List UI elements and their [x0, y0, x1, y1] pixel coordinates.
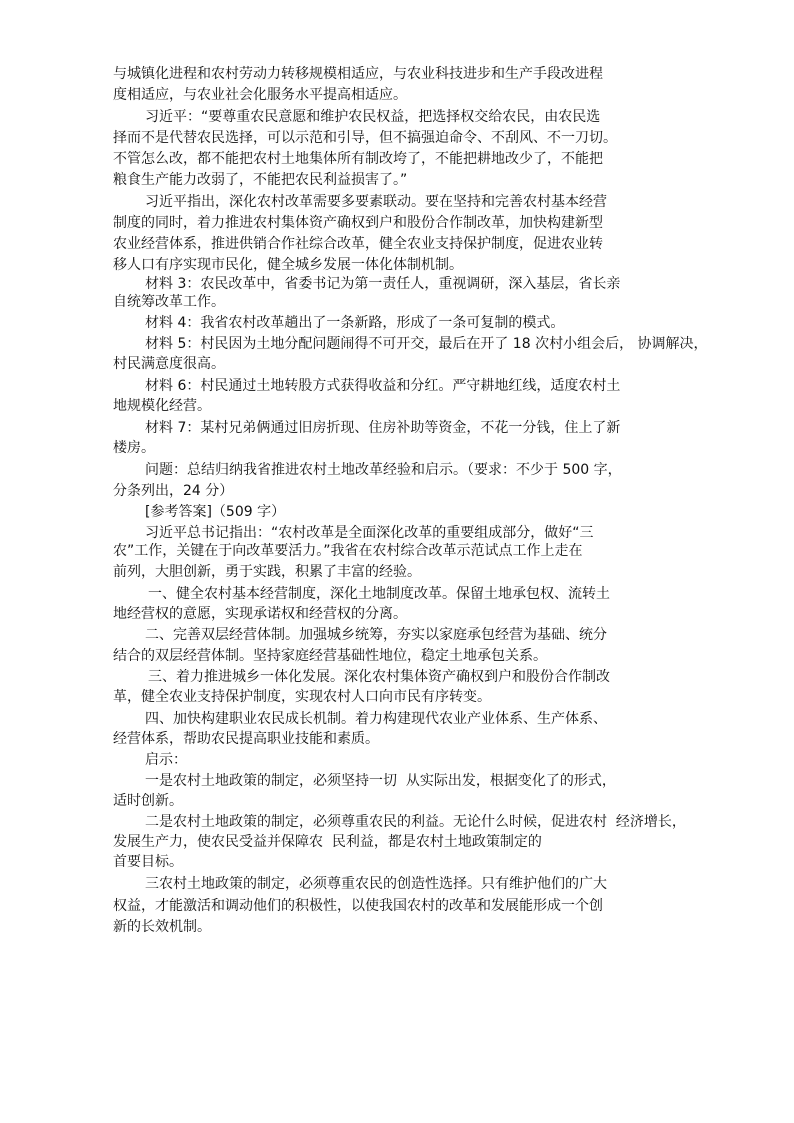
text-line: 移人口有序实现市民化，健全城乡发展一体化体制机制。: [113, 256, 463, 274]
text-line: 村民满意度很高。: [113, 355, 225, 373]
text-line: 二是农村土地政策的制定，必须尊重农民的利益。无论什么时候，促进农村 经济增长，: [145, 813, 686, 831]
text-line: 地规模化经营。: [113, 397, 211, 415]
text-line: 四、加快构建职业农民成长机制。着力构建现代农业产业体系、生产体系、: [145, 710, 607, 728]
text-line: 粮食生产能力改弱了，不能把农民利益损害了。”: [113, 171, 407, 189]
text-line: 一是农村土地政策的制定，必须坚持一切 从实际出发，根据变化了的形式，: [145, 772, 616, 790]
text-line: 材料 3：农民改革中，省委书记为第一责任人，重视调研，深入基层，省长亲: [145, 275, 620, 293]
text-line: 楼房。: [113, 439, 155, 457]
text-line: 自统筹改革工作。: [113, 293, 225, 311]
document-page: 与城镇化进程和农村劳动力转移规模相适应，与农业科技进步和生产手段改进程度相适应，…: [0, 0, 794, 1123]
text-line: 经营体系，帮助农民提高职业技能和素质。: [113, 730, 379, 748]
text-line: 发展生产力，使农民受益并保障农 民利益，都是农村土地政策制定的: [113, 833, 542, 851]
text-line: 材料 4：我省农村改革趟出了一条新路，形成了一条可复制的模式。: [145, 314, 564, 332]
text-line: 习近平总书记指出：“农村改革是全面深化改革的重要组成部分，做好“三: [145, 524, 594, 542]
text-line: 前列，大胆创新，勇于实践，积累了丰富的经验。: [113, 563, 421, 581]
text-line: 与城镇化进程和农村劳动力转移规模相适应，与农业科技进步和生产手段改进程: [113, 65, 603, 83]
text-line: 二、完善双层经营体制。加强城乡统筹，夯实以家庭承包经营为基础、统分: [145, 626, 607, 644]
text-line: 革，健全农业支持保护制度，实现农村人口向市民有序转变。: [113, 688, 491, 706]
text-line: 地经营权的意愿，实现承诺权和经营权的分离。: [113, 605, 407, 623]
text-line: 分条列出，24 分）: [113, 482, 233, 500]
text-line: 材料 7：某村兄弟俩通过旧房折现、住房补助等资金，不花一分钱，住上了新: [145, 419, 620, 437]
text-line: 农”工作，关键在于向改革要活力。”我省在农村综合改革示范试点工作上走在: [113, 542, 583, 560]
text-line: 一、健全农村基本经营制度，深化土地制度改革。保留土地承包权、流转土: [148, 585, 610, 603]
text-line: 问题：总结归纳我省推进农村土地改革经验和启示。（要求：不少于 500 字，: [145, 461, 622, 479]
text-line: 不管怎么改，都不能把农村土地集体所有制改垮了，不能把耕地改少了，不能把: [113, 150, 603, 168]
text-line: 材料 5：村民因为土地分配问题闹得不可开交，最后在开了 18 次村小组会后， 协…: [145, 335, 708, 353]
text-line: 首要目标。: [113, 853, 183, 871]
text-line: 启示：: [145, 751, 187, 769]
text-line: 适时创新。: [113, 792, 183, 810]
text-line: 权益，才能激活和调动他们的积极性，以使我国农村的改革和发展能形成一个创: [113, 897, 603, 915]
text-line: 三农村土地政策的制定，必须尊重农民的创造性选择。只有维护他们的广大: [145, 875, 607, 893]
text-line: 农业经营体系，推进供销合作社综合改革，健全农业支持保护制度，促进农业转: [113, 235, 603, 253]
text-line: 习近平：“要尊重农民意愿和维护农民权益，把选择权交给农民，由农民选: [145, 108, 600, 126]
text-line: 材料 6：村民通过土地转股方式获得收益和分红。严守耕地红线，适度农村土: [145, 377, 620, 395]
text-line: 结合的双层经营体制。坚持家庭经营基础性地位，稳定土地承包关系。: [113, 647, 547, 665]
text-line: 三、着力推进城乡一体化发展。深化农村集体资产确权到户和股份合作制改: [148, 668, 610, 686]
text-line: 择而不是代替农民选择，可以示范和引导，但不搞强迫命令、不刮风、不一刀切。: [113, 129, 617, 147]
text-line: 新的长效机制。: [113, 918, 211, 936]
text-line: 制度的同时，着力推进农村集体资产确权到户和股份合作制改革，加快构建新型: [113, 214, 603, 232]
text-line: [参考答案]（509 字）: [145, 503, 285, 521]
text-line: 习近平指出，深化农村改革需要多要素联动。要在坚持和完善农村基本经营: [145, 193, 607, 211]
text-line: 度相适应，与农业社会化服务水平提高相适应。: [113, 86, 407, 104]
